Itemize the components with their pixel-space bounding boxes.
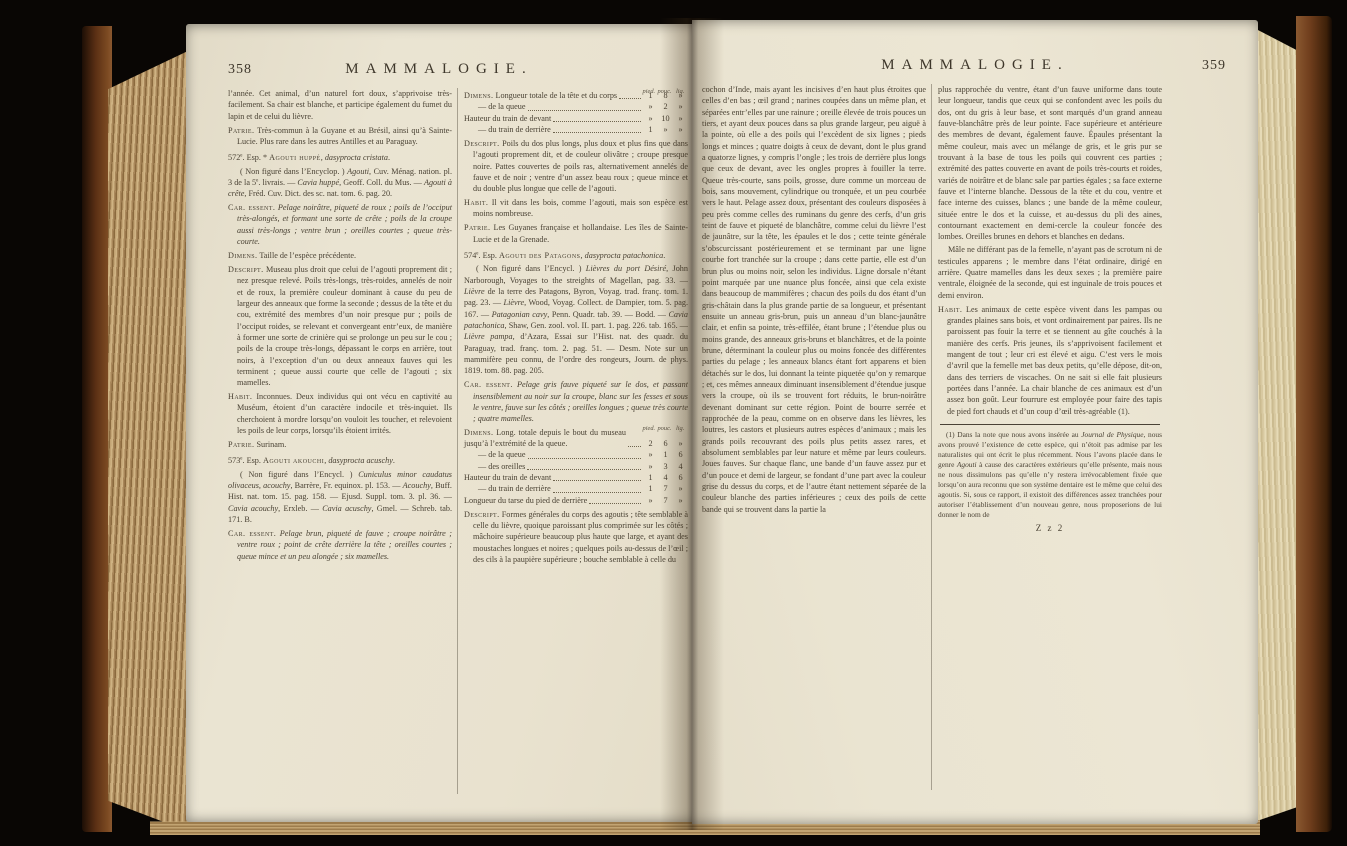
entry-label: Car. essent. <box>228 529 276 538</box>
left-page-text-area: l’année. Cet animal, d’un naturel fort d… <box>228 88 688 794</box>
entry-label: Car. essent. <box>228 203 275 212</box>
fore-edge-right <box>1254 28 1300 822</box>
dot-leader <box>589 503 641 504</box>
entry-label: Habit. <box>228 392 252 401</box>
species-heading: 574e. Esp. Agouti des Patagons, dasyproc… <box>464 250 688 261</box>
unit-headers: pied.pouc.lig. <box>641 425 688 433</box>
dot-leader <box>553 480 641 481</box>
labeled-paragraph: Habit. Inconnues. Deux individus qui ont… <box>228 391 452 436</box>
table-row: Hauteur du train de devant146 <box>464 472 688 483</box>
entry-label: Dimens. <box>228 251 257 260</box>
species-heading: 572e. Esp. * Agouti huppé, dasyprocta cr… <box>228 152 452 163</box>
book-cover-right <box>1296 16 1332 832</box>
references-paragraph: ( Non figuré dans l’Encycl. ) Cuniculus … <box>228 469 452 526</box>
entry-label: Habit. <box>464 198 488 207</box>
dot-leader <box>619 98 641 99</box>
left-page-column-1: l’année. Cet animal, d’un naturel fort d… <box>228 88 458 794</box>
entry-label: Dimens. <box>464 428 493 437</box>
right-page-column-1: cochon d’Inde, mais ayant les incisives … <box>702 84 932 790</box>
signature-mark: Z z 2 <box>938 523 1162 534</box>
entry-label: Car. essent. <box>464 380 513 389</box>
unit-headers: pied.pouc.lig. <box>641 88 688 96</box>
dimensions-table: pied.pouc.lig.Dimens. Longueur totale de… <box>464 90 688 135</box>
dot-leader <box>553 492 641 493</box>
photograph-of-open-book: 358 MAMMALOGIE. l’année. Cet animal, d’u… <box>0 0 1347 846</box>
entry-label: Patrie. <box>228 126 254 135</box>
table-row: — des oreilles»34 <box>464 461 688 472</box>
labeled-paragraph: Habit. Les animaux de cette espèce viven… <box>938 304 1162 417</box>
table-row: — de la queue»16 <box>464 449 688 460</box>
entry-label: Habit. <box>938 305 962 314</box>
right-page: MAMMALOGIE. 359 cochon d’Inde, mais ayan… <box>692 20 1258 824</box>
entry-label: Patrie. <box>228 440 254 449</box>
running-title-left: MAMMALOGIE. <box>186 61 692 78</box>
labeled-paragraph: Descript. Formes générales du corps des … <box>464 509 688 566</box>
right-page-column-2: plus rapprochée du ventre, étant d’un fa… <box>932 84 1162 790</box>
labeled-paragraph: Descript. Poils du dos plus longs, plus … <box>464 138 688 195</box>
labeled-paragraph: Patrie. Les Guyanes française et holland… <box>464 222 688 245</box>
paragraph: plus rapprochée du ventre, étant d’un fa… <box>938 84 1162 243</box>
book-cover-left <box>82 26 112 832</box>
labeled-paragraph: Car. essent. Pelage brun, piqueté de fau… <box>228 528 452 562</box>
entry-label: Patrie. <box>464 223 490 232</box>
table-row: Hauteur du train de devant»10» <box>464 113 688 124</box>
dot-leader <box>553 121 641 122</box>
labeled-paragraph: Car. essent. Pelage gris fauve piqueté s… <box>464 379 688 424</box>
dot-leader <box>553 132 641 133</box>
page-number-right: 359 <box>1202 58 1226 74</box>
table-row: — du train de derrière17» <box>464 483 688 494</box>
entry-label: Dimens. <box>464 91 493 100</box>
paragraph: Mâle ne différant pas de la femelle, n’a… <box>938 244 1162 301</box>
labeled-paragraph: Descript. Museau plus droit que celui de… <box>228 264 452 389</box>
running-title-right: MAMMALOGIE. <box>692 57 1258 74</box>
dot-leader <box>527 469 641 470</box>
paragraph: cochon d’Inde, mais ayant les incisives … <box>702 84 926 515</box>
dot-leader <box>528 110 641 111</box>
species-heading: 573e. Esp. Agouti akouchi, dasyprocta ac… <box>228 455 452 466</box>
dot-leader <box>628 446 641 447</box>
labeled-paragraph: Dimens. Taille de l’espèce précédente. <box>228 250 452 261</box>
entry-label: Descript. <box>228 265 264 274</box>
entry-label: Descript. <box>464 510 500 519</box>
left-page: 358 MAMMALOGIE. l’année. Cet animal, d’u… <box>186 24 692 822</box>
fore-edge-left <box>108 50 190 832</box>
labeled-paragraph: Car. essent. Pelage noirâtre, piqueté de… <box>228 202 452 247</box>
table-row: — de la queue»2» <box>464 101 688 112</box>
footnote: (1) Dans la note que nous avons insérée … <box>938 430 1162 520</box>
dimensions-table: pied.pouc.lig.Dimens. Long. totale depui… <box>464 427 688 506</box>
labeled-paragraph: Patrie. Surinam. <box>228 439 452 450</box>
entry-label: Descript. <box>464 139 500 148</box>
table-row: — du train de derrière1»» <box>464 124 688 135</box>
references-paragraph: ( Non figuré dans l’Encyclop. ) Agouti, … <box>228 166 452 200</box>
labeled-paragraph: Habit. Il vit dans les bois, comme l’ago… <box>464 197 688 220</box>
right-page-text-area: cochon d’Inde, mais ayant les incisives … <box>702 84 1162 790</box>
left-page-column-2: pied.pouc.lig.Dimens. Longueur totale de… <box>458 88 688 794</box>
paragraph: l’année. Cet animal, d’un naturel fort d… <box>228 88 452 122</box>
footnote-rule <box>940 424 1160 425</box>
table-row: Longueur du tarse du pied de derrière»7» <box>464 495 688 506</box>
dot-leader <box>528 458 641 459</box>
labeled-paragraph: Patrie. Très-commun à la Guyane et au Br… <box>228 125 452 148</box>
references-paragraph: ( Non figuré dans l’Encycl. ) Lièvres du… <box>464 263 688 376</box>
